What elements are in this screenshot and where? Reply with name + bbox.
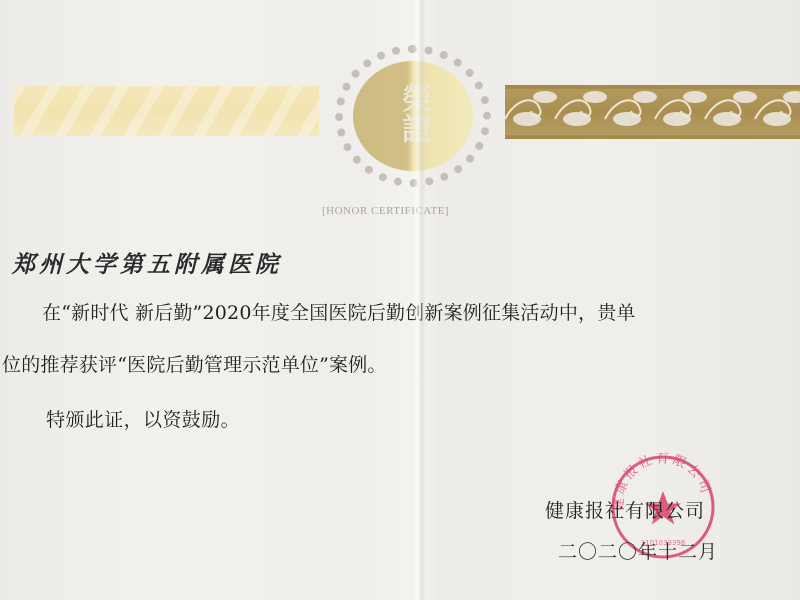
body-text-line-2: 位的推荐获评“医院后勤管理示范单位”案例。: [2, 350, 387, 377]
body-text-line-1: 在“新时代 新后勤”2020年度全国医院后勤创新案例征集活动中，贵单: [42, 298, 636, 325]
gold-band-right: [505, 85, 800, 139]
recipient-name: 郑州大学第五附属医院: [12, 246, 282, 279]
body-text-line-3: 特颁此证，以资鼓励。: [46, 405, 240, 432]
certificate-page: 榮證 [HONOR CERTIFICATE] 郑州大学第五附属医院 在“新时代 …: [0, 0, 800, 600]
honor-medallion: 榮證: [335, 45, 495, 190]
gold-band-left: [14, 86, 319, 136]
honor-certificate-label: [HONOR CERTIFICATE]: [322, 205, 449, 217]
issuer-name: 健康报社有限公司: [545, 496, 705, 523]
issue-date: 二〇二〇年十二月: [558, 537, 718, 564]
medallion-title: 榮證: [390, 83, 430, 143]
wave-pattern-icon: [505, 89, 800, 127]
